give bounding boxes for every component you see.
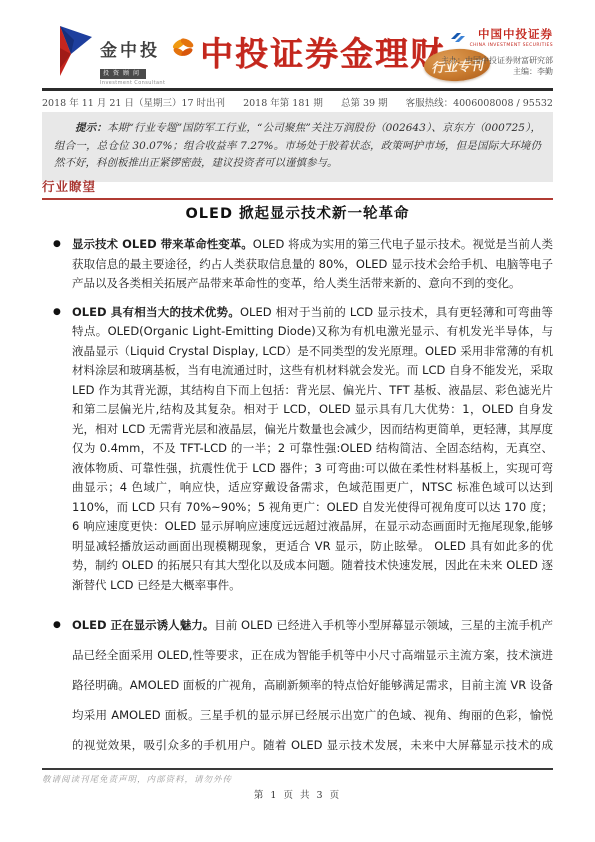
paragraph-lead: OLED 正在显示诱人魅力。 xyxy=(72,618,214,632)
tips-box: 提示：本期“行业专题”国防军工行业，“公司聚焦”关注万润股份（002643）、京… xyxy=(42,112,553,182)
securities-name-en: CHINA INVESTMENT SECURITIES xyxy=(470,43,553,48)
publish-date: 2018 年 11 月 21 日（星期三）17 时出刊 xyxy=(42,95,225,109)
brand-subtitle-en: Investment Consultant xyxy=(100,80,170,87)
issue-meta-line: 2018 年 11 月 21 日（星期三）17 时出刊 2018 年第 181 … xyxy=(42,95,553,109)
brand-flag-icon xyxy=(54,24,94,78)
securities-name: 中国中投证券 xyxy=(470,26,553,42)
tips-body: 本期“行业专题”国防军工行业，“公司聚焦”关注万润股份（002643）、京东方（… xyxy=(54,122,541,169)
masthead-title: 中投证券金理财 xyxy=(200,34,445,74)
brand-subtitle: 投资顾问 xyxy=(100,69,146,79)
article-title: OLED 掀起显示技术新一轮革命 xyxy=(42,202,553,223)
editor-line: 主编：李勤 xyxy=(441,66,553,77)
paragraph-text: OLED 相对于当前的 LCD 显示技术，具有更轻薄和可弯曲等特点。OLED(O… xyxy=(72,305,553,592)
bullet-icon: ● xyxy=(53,235,61,255)
brand-left: 金中投 投资顾问 Investment Consultant xyxy=(100,42,170,87)
bullet-icon: ● xyxy=(53,303,61,323)
securities-logo: 中国中投证券 CHINA INVESTMENT SECURITIES xyxy=(441,26,553,48)
brand-name: 金中投 xyxy=(100,42,170,60)
securities-logo-icon xyxy=(450,31,466,44)
bullet-icon: ● xyxy=(53,610,61,640)
hotline: 客服热线：4006008008 / 95532 xyxy=(406,95,553,109)
article: OLED 掀起显示技术新一轮革命 ●显示技术 OLED 带来革命性变革。OLED… xyxy=(42,196,553,768)
page-number: 第 1 页 共 3 页 xyxy=(42,787,553,801)
page-footer: 敬请阅读刊尾免责声明，内部资料，请勿外传 第 1 页 共 3 页 xyxy=(42,768,553,801)
total-issue-number: 总第 39 期 xyxy=(341,95,388,109)
section-title: 行业瞭望 xyxy=(42,179,96,194)
paragraph-text: 目前 OLED 已经进入手机等小型屏幕显示领域，三星的主流手机产品已经全面采用 … xyxy=(72,618,553,768)
paragraph-lead: OLED 具有相当大的技术优势。 xyxy=(72,305,240,319)
publisher-block: 中国中投证券 CHINA INVESTMENT SECURITIES 主办：中国… xyxy=(441,26,553,77)
document-page: 金中投 投资顾问 Investment Consultant 中投证券金理财 行… xyxy=(0,0,595,842)
organizer-line: 主办：中国中投证券财富研究部 xyxy=(441,55,553,66)
disclaimer-text: 敬请阅读刊尾免责声明，内部资料，请勿外传 xyxy=(42,770,553,785)
bullet-paragraph: ●OLED 具有相当大的技术优势。OLED 相对于当前的 LCD 显示技术，具有… xyxy=(42,303,553,596)
paragraph-lead: 显示技术 OLED 带来革命性变革。 xyxy=(72,237,253,251)
bullet-paragraph: ●显示技术 OLED 带来革命性变革。OLED 将成为实用的第三代电子显示技术。… xyxy=(42,235,553,294)
butterfly-icon xyxy=(170,34,196,62)
bullet-paragraph: ●OLED 正在显示诱人魅力。目前 OLED 已经进入手机等小型屏幕显示领域，三… xyxy=(42,610,553,768)
tips-text: 提示：本期“行业专题”国防军工行业，“公司聚焦”关注万润股份（002643）、京… xyxy=(54,120,541,173)
masthead: 金中投 投资顾问 Investment Consultant 中投证券金理财 行… xyxy=(42,22,553,91)
issue-number: 2018 年第 181 期 xyxy=(243,95,323,109)
tips-label: 提示： xyxy=(75,122,107,134)
bullet-list: ●显示技术 OLED 带来革命性变革。OLED 将成为实用的第三代电子显示技术。… xyxy=(42,235,553,768)
